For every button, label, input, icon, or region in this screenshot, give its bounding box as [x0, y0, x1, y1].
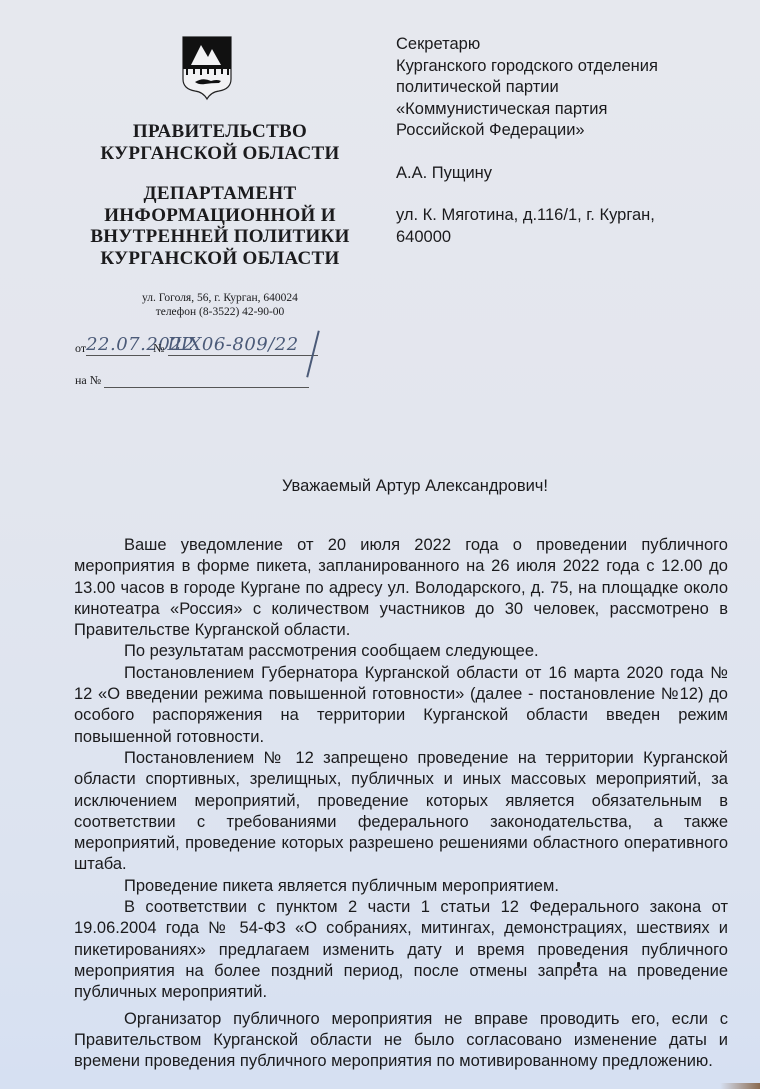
registration-date-number: от22.07.2022 № ШХ06-809/22: [75, 334, 318, 356]
handwritten-number: ШХ06-809/22: [168, 334, 318, 356]
salutation: Уважаемый Артур Александрович!: [0, 477, 760, 496]
government-name: ПРАВИТЕЛЬСТВО КУРГАНСКОЙ ОБЛАСТИ: [60, 121, 380, 165]
registration-reply-number: на №: [75, 373, 309, 388]
ink-dot: [577, 962, 580, 967]
addressee-address-line-1: ул. К. Мяготина, д.116/1, г. Курган,: [396, 205, 658, 227]
department-phone: телефон (8-3522) 42-90-00: [60, 305, 380, 319]
handwritten-date: 22.07.2022: [86, 334, 150, 356]
background-edge: [720, 1083, 760, 1089]
paragraph-decree: Постановлением Губернатора Курганской об…: [74, 663, 728, 748]
department-name: ДЕПАРТАМЕНТ ИНФОРМАЦИОННОЙ И ВНУТРЕННЕЙ …: [60, 183, 380, 269]
department-contacts: ул. Гоголя, 56, г. Курган, 640024 телефо…: [60, 291, 380, 319]
paragraph-organizer: Организатор публичного мероприятия не вп…: [74, 1009, 728, 1073]
paragraph-notification: Ваше уведомление от 20 июля 2022 года о …: [74, 535, 728, 641]
letter-page: ПРАВИТЕЛЬСТВО КУРГАНСКОЙ ОБЛАСТИ ДЕПАРТА…: [0, 0, 760, 1089]
reply-number-field: [104, 375, 309, 388]
addressee-block: Секретарю Курганского городского отделен…: [396, 34, 658, 248]
paragraph-prohibition: Постановлением № 12 запрещено проведение…: [74, 748, 728, 876]
paragraph-result: По результатам рассмотрения сообщаем сле…: [74, 641, 728, 662]
paragraph-proposal: В соответствии с пунктом 2 части 1 стать…: [74, 897, 728, 1003]
department-address: ул. Гоголя, 56, г. Курган, 640024: [60, 291, 380, 305]
addressee-name: А.А. Пущину: [396, 163, 658, 185]
paragraph-picket: Проведение пикета является публичным мер…: [74, 876, 728, 897]
letter-body: Ваше уведомление от 20 июля 2022 года о …: [74, 535, 728, 1072]
addressee-address-line-2: 640000: [396, 227, 658, 249]
coat-of-arms-icon: [181, 35, 233, 101]
